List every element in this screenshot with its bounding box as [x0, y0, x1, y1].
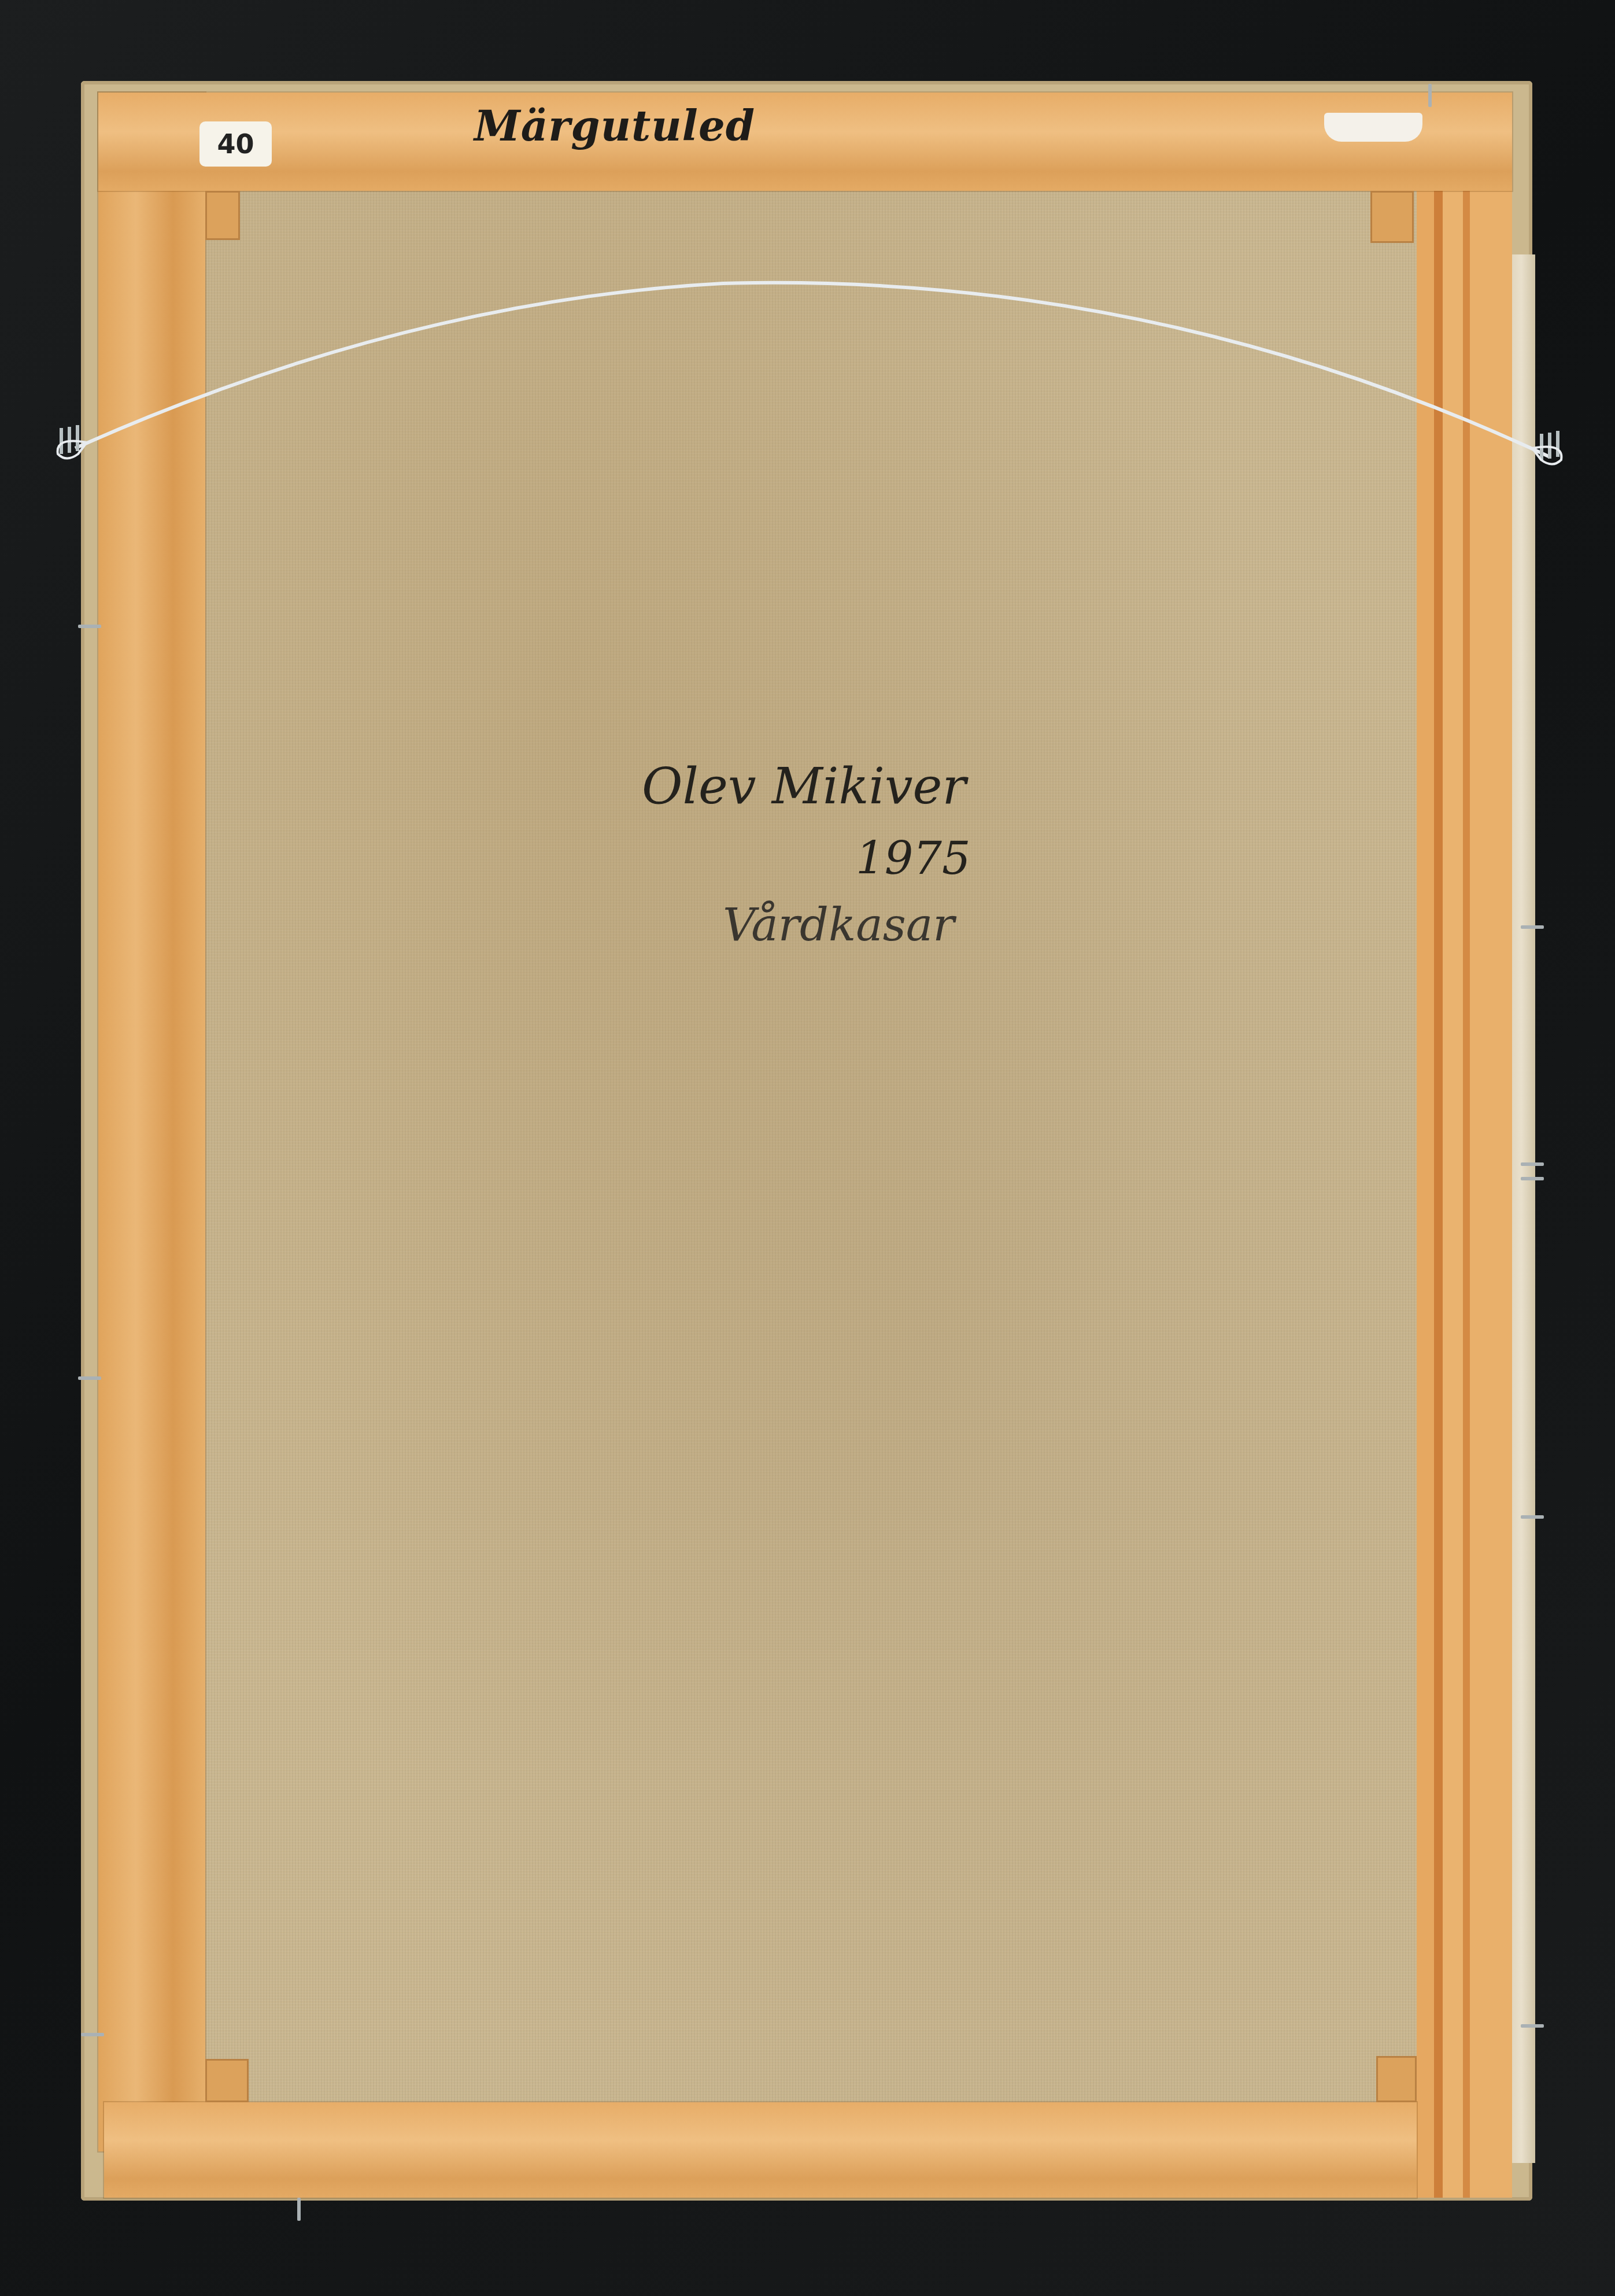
staple [78, 625, 101, 628]
corner-key-top-left [205, 191, 240, 240]
canvas-back [205, 191, 1417, 2102]
title-inscription: Vårdkasar [723, 899, 954, 951]
corner-key-bottom-right [1376, 2056, 1417, 2102]
staple [78, 1376, 101, 1380]
stretcher-bar-left [98, 93, 205, 2151]
staple [1428, 84, 1432, 107]
hanger-icon [1529, 431, 1564, 483]
hanger-icon [55, 425, 90, 477]
staple [1521, 925, 1544, 929]
staple [1521, 1162, 1544, 1166]
staple [1521, 1515, 1544, 1519]
stretcher-bar-top [98, 93, 1512, 191]
sticker-remnant [1324, 113, 1422, 142]
corner-key-top-right [1370, 191, 1414, 243]
staple [297, 2198, 301, 2221]
staple [1521, 2024, 1544, 2028]
staple [1521, 1177, 1544, 1180]
top-bar-inscription: Märgutuled [474, 101, 755, 150]
artist-signature: Olev Mikiver [642, 758, 966, 815]
lot-number-label: 40 [199, 121, 272, 167]
staple [81, 2033, 104, 2036]
corner-key-bottom-left [205, 2059, 249, 2102]
stretcher-bar-bottom [104, 2102, 1417, 2198]
year-inscription: 1975 [856, 833, 971, 885]
stretcher-bar-right [1417, 191, 1512, 2198]
